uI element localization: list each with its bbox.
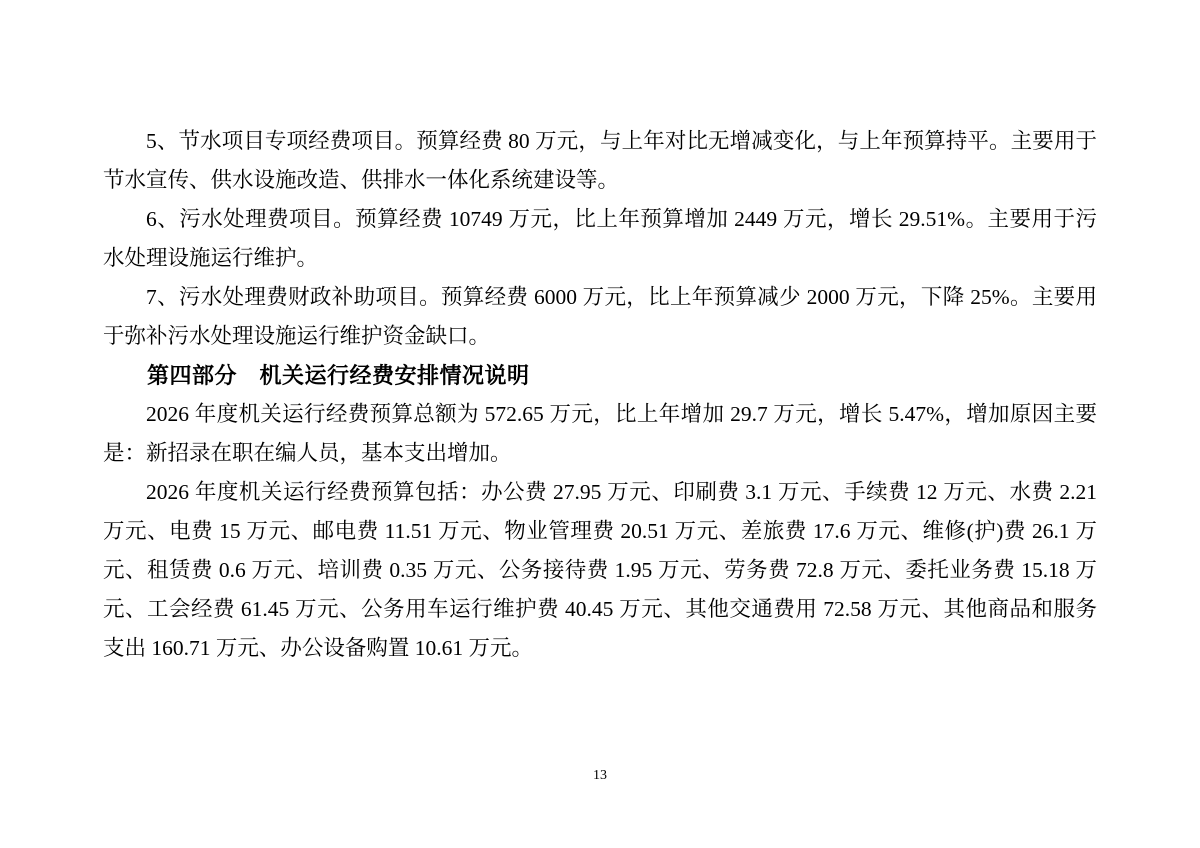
document-body: 5、节水项目专项经费项目。预算经费 80 万元，与上年对比无增减变化，与上年预算… bbox=[103, 122, 1097, 668]
paragraph-operating-budget-total: 2026 年度机关运行经费预算总额为 572.65 万元，比上年增加 29.7 … bbox=[103, 395, 1097, 473]
paragraph-operating-budget-breakdown: 2026 年度机关运行经费预算包括：办公费 27.95 万元、印刷费 3.1 万… bbox=[103, 473, 1097, 668]
page-number: 13 bbox=[0, 768, 1200, 784]
section-heading: 第四部分 机关运行经费安排情况说明 bbox=[103, 356, 1097, 395]
document-page: 5、节水项目专项经费项目。预算经费 80 万元，与上年对比无增减变化，与上年预算… bbox=[0, 0, 1200, 848]
paragraph-sewage-subsidy: 7、污水处理费财政补助项目。预算经费 6000 万元，比上年预算减少 2000 … bbox=[103, 278, 1097, 356]
paragraph-sewage-treatment-fee: 6、污水处理费项目。预算经费 10749 万元，比上年预算增加 2449 万元，… bbox=[103, 200, 1097, 278]
paragraph-water-saving-project: 5、节水项目专项经费项目。预算经费 80 万元，与上年对比无增减变化，与上年预算… bbox=[103, 122, 1097, 200]
